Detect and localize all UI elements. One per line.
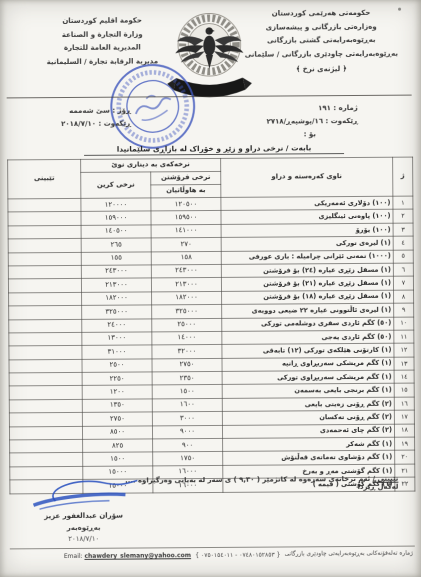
row-sell-price: ٢٤٣٠٠٠	[151, 264, 221, 278]
row-note	[9, 372, 82, 386]
row-sell-price: ١٦٠٠	[152, 398, 222, 412]
row-item-name: (١) کگم مریشکی سەربڕاوی تورکی	[222, 370, 394, 385]
row-no: ١٦	[394, 397, 414, 411]
row-sell-price: ١٧٥٠	[153, 452, 223, 466]
row-note	[8, 265, 81, 279]
row-no: ١٠	[394, 317, 414, 331]
col-header-name: ناوی کەرەستە و دراو	[221, 157, 393, 197]
row-no: ١	[393, 196, 413, 210]
row-no: ٩	[394, 303, 414, 317]
row-note	[8, 239, 81, 253]
to-label: بۆ :	[238, 128, 358, 142]
row-sell-price: ١٥٨	[151, 251, 221, 265]
letterhead-arabic-line: حكومة اقليم كوردستان	[26, 14, 178, 29]
row-sell-price: ٢١٣٠٠٠	[151, 278, 221, 292]
row-no: ٢٠	[395, 451, 415, 465]
row-sell-price: ١٢٠٥٠٠	[151, 197, 221, 211]
letterhead-kurdish-line: بەڕێوەبەرایەتی گشتی بازرگانی	[237, 34, 405, 49]
price-table-header: ژ ناوی کەرەستە و دراو نرخەکەی بە دیناری …	[8, 157, 413, 199]
row-item-name: (١٠٠) دۆلاری ئەمەریکی	[221, 196, 393, 211]
row-note	[9, 426, 82, 440]
row-sell-price: ١٥٠٠	[152, 385, 222, 399]
row-sell-price: ٢٧٥٠	[152, 358, 222, 372]
email-line: Email: chawdery_slemany@yahoo.com	[20, 552, 191, 560]
row-no: ٢	[393, 209, 413, 223]
row-item-name: (٥٠) کگم ئاردی سفری دوشلەمی تورکی	[222, 317, 394, 332]
row-item-name: (١٠٠) پاوەنی ئینگلیزی	[221, 210, 393, 225]
row-note	[8, 198, 81, 212]
row-buy-price: ٨٢٥	[83, 439, 153, 453]
scanned-document-page: حكومة اقليم كوردستان وزارة التجارة و الص…	[0, 0, 421, 577]
row-note	[10, 439, 83, 453]
row-no: ٨	[394, 290, 414, 304]
row-item-name: (١) مسقل زێڕی عیارە (١٨) بۆ فرۆشتن	[222, 290, 394, 305]
document-content: حكومة اقليم كوردستان وزارة التجارة و الص…	[0, 0, 421, 577]
row-buy-price: ١٣٠٠٠	[82, 332, 152, 346]
row-item-name: (١) کگم برنجی بایعی بەسمەن	[222, 384, 394, 399]
row-buy-price: ٢١٣٠٠٠	[81, 278, 151, 292]
letterhead-arabic-line: المديرية العامة للتجارة	[26, 41, 178, 56]
row-note	[8, 279, 81, 293]
scan-artifact-dot	[398, 8, 401, 11]
col-header-sell-sub: بە هاوڵاتیان	[151, 184, 221, 197]
row-buy-price: ٢٧٥٠	[82, 412, 152, 426]
row-buy-price: ٢٤٠٠٠	[82, 318, 152, 332]
row-sell-price: ٣٢٠٠٠	[152, 345, 222, 359]
row-buy-price: ١٢٠٠	[82, 385, 152, 399]
price-table-body: ١(١٠٠) دۆلاری ئەمەریکی١٢٠٥٠٠١٢٠٠٠٠٢(١٠٠)…	[8, 196, 415, 493]
row-note	[9, 306, 82, 320]
row-buy-price: ٣١٠٠٠	[82, 345, 152, 359]
row-item-name: (٢) کگم ڕۆنی تەکسان	[222, 410, 394, 425]
doc-meta-right: ژمارە : ١٩١ ڕێکەوت : ١٦/پوشپەڕ/٢٧١٨ بۆ :	[238, 102, 358, 142]
letterhead-kurdish-line: حکومەتی هەرێمی کوردستان	[237, 7, 405, 22]
col-header-no: ژ	[393, 157, 413, 196]
row-buy-price: ٢٦٥	[81, 238, 151, 252]
row-sell-price: ٢٥٠٠٠	[152, 318, 222, 332]
footer-kurdish-text: ژمارە تەلەفۆنەکانی بەڕێوەبەرایەتی چاودێر…	[285, 551, 413, 558]
email-address: chawdery_slemany@yahoo.com	[84, 552, 191, 560]
row-no: ١٧	[394, 410, 414, 424]
signature-date: ٢٠١٨/٧/١٠	[28, 535, 140, 544]
row-buy-price: ٣٢٥٠٠٠	[82, 305, 152, 319]
row-item-name: (١) کگم دۆشاوی تەماتەی قەڵنۆش	[223, 451, 395, 466]
letterhead-kurdish-line: وەزارەتی بازرگانی و پیشەسازی	[237, 20, 405, 35]
row-no: ٥	[393, 250, 413, 264]
letterhead-arabic-line: وزارة التجارة و الصناعة	[26, 28, 178, 43]
footnote-text: ئەم نرخانەی سەرەوە لە کاتژمێر ( ٩,٣٠ ) ی…	[125, 475, 398, 491]
row-note	[8, 212, 81, 226]
row-note	[9, 413, 82, 427]
row-note	[8, 252, 81, 266]
row-item-name: (١) کارتۆنی هێلکەی تورکی (١٢) تابەقی	[222, 344, 394, 359]
row-buy-price: ١٤٠٥٠٠	[81, 225, 151, 239]
row-item-name: (١٠٠) یۆرۆ	[221, 223, 393, 238]
row-no: ١٥	[394, 384, 414, 398]
row-item-name: (٥٠) کگم ئاردی یەجی	[222, 330, 394, 345]
col-header-price-group: نرخەکەی بە دیناری نوێ	[81, 158, 221, 172]
footer-divider	[10, 546, 415, 550]
row-item-name: (١٠٠٠) تمەنی ئێرانی چرامیلە : باری عورفی	[221, 250, 393, 265]
row-sell-price: ١٥٩٥٠٠	[151, 211, 221, 225]
row-sell-price: ٩٠٠٠	[152, 425, 222, 439]
row-item-name: (١) لیرەی تورکی	[221, 236, 393, 251]
doc-day: ڕۆژ : سێ شەممە	[13, 105, 131, 119]
row-sell-price: ٣٢٥٠٠٠	[152, 305, 222, 319]
row-no: ١٨	[394, 424, 414, 438]
row-no: ٣	[393, 223, 413, 237]
row-item-name: (٢) کگم ڕۆنی زەیتی بایعی	[222, 397, 394, 412]
row-buy-price: ٢٥٠٠	[82, 359, 152, 373]
doc-meta-left: ڕۆژ : سێ شەممە ڕێکەوت : ٢٠١٨/٧/١٠	[13, 105, 131, 132]
row-note	[9, 346, 82, 360]
col-header-sell: نرخی فرۆشتن	[151, 171, 221, 184]
row-item-name: (٢) کگم چای ئەحمەدی	[222, 424, 394, 439]
row-buy-price: ١٣٥٠	[82, 399, 152, 413]
row-sell-price: ٣٠٠٠	[152, 412, 222, 426]
row-note	[9, 359, 82, 373]
row-sell-price: ١٤١٠٠٠	[151, 224, 221, 238]
footnote: تێبینی / ئەم نرخانەی سەرەوە لە کاتژمێر (…	[108, 475, 398, 493]
row-buy-price: ١٥٠٠	[83, 452, 153, 466]
row-sell-price: ٢٣٥٠	[152, 371, 222, 385]
row-no: ٦	[393, 263, 413, 277]
doc-date-gregorian: ڕێکەوت : ٢٠١٨/٧/١٠	[13, 118, 131, 132]
doc-date-kurdish: ڕێکەوت : ١٦/پوشپەڕ/٢٧١٨	[238, 115, 358, 129]
row-sell-price: ١٤٠٠٠	[152, 331, 222, 345]
row-note	[9, 319, 82, 333]
col-header-note: تێبینی	[8, 159, 81, 199]
price-table: ژ ناوی کەرەستە و دراو نرخەکەی بە دیناری …	[7, 157, 415, 494]
row-item-name: (١) کگم شەکر	[223, 437, 395, 452]
signatory-role: بەڕێوەبەر	[28, 524, 140, 533]
row-no: ٧	[393, 276, 413, 290]
page-title: بابەت / نرخی دراو و زێڕ و خۆراک لە بازاڕ…	[84, 143, 344, 156]
row-sell-price: ١٨٢٠٠٠	[152, 291, 222, 305]
doc-number: ژمارە : ١٩١	[238, 102, 358, 116]
row-buy-price: ١٨٢٠٠٠	[82, 292, 152, 306]
phone-numbers: { ٠٧٤٨٠١٥٢٨٥٣ - ٠٧٥٠١٥٤٠١١ }	[195, 552, 280, 560]
row-note	[9, 332, 82, 346]
row-item-name: (١) لیرەی ئاڵتوونی عیارە ٢٢ ضیعی دووبەی	[222, 303, 394, 318]
row-buy-price: ١٢٠٠٠٠	[81, 198, 151, 212]
row-item-name: (١) کگم مریشکی سەربڕاوی ڕانیە	[222, 357, 394, 372]
row-no: ١٩	[395, 437, 415, 451]
row-note	[8, 225, 81, 239]
row-buy-price: ٢٤٣٠٠٠	[81, 265, 151, 279]
signature-icon	[25, 478, 143, 515]
footer-contact: Email: chawdery_slemany@yahoo.com { ٠٧٤٨…	[20, 551, 413, 561]
letterhead-kurdish: حکومەتی هەرێمی کوردستان وەزارەتی بازرگان…	[237, 7, 405, 78]
row-no: ١٢	[394, 343, 414, 357]
row-no: ١٤	[394, 370, 414, 384]
row-buy-price: ١٥٩٠٠٠	[81, 211, 151, 225]
row-no: ١٣	[394, 357, 414, 371]
row-sell-price: ٩٠٠	[153, 438, 223, 452]
row-item-name: (١) مسقل زێڕی عیارە (٢٤) بۆ فرۆشتن	[221, 263, 393, 278]
price-committee-label: ﴿ لیژنەی نرخ ﴾	[237, 63, 405, 78]
row-note	[9, 399, 82, 413]
row-buy-price: ٨٥٠٠	[82, 426, 152, 440]
row-sell-price: ٢٧٠	[151, 238, 221, 252]
row-no: ١١	[394, 330, 414, 344]
row-note	[10, 453, 83, 467]
email-label: Email:	[64, 553, 83, 560]
row-item-name: (١) مسقل زێڕی عیارە (٢١) بۆ فرۆشتن	[221, 277, 393, 292]
signatory-name: سۆران عبدالغفور عزیز	[28, 512, 140, 521]
row-buy-price: ٢٢٥٠	[82, 372, 152, 386]
col-header-buy: نرخی کرین	[81, 172, 151, 198]
row-note	[9, 292, 82, 306]
row-note	[9, 386, 82, 400]
footnote-label: تێبینی /	[373, 475, 399, 483]
row-buy-price: ١٥٥	[81, 251, 151, 265]
row-no: ٤	[393, 236, 413, 250]
letterhead-kurdish-line: بەڕێوەبەرایەتی چاودێری بازرگانی / سلێمان…	[237, 47, 405, 62]
